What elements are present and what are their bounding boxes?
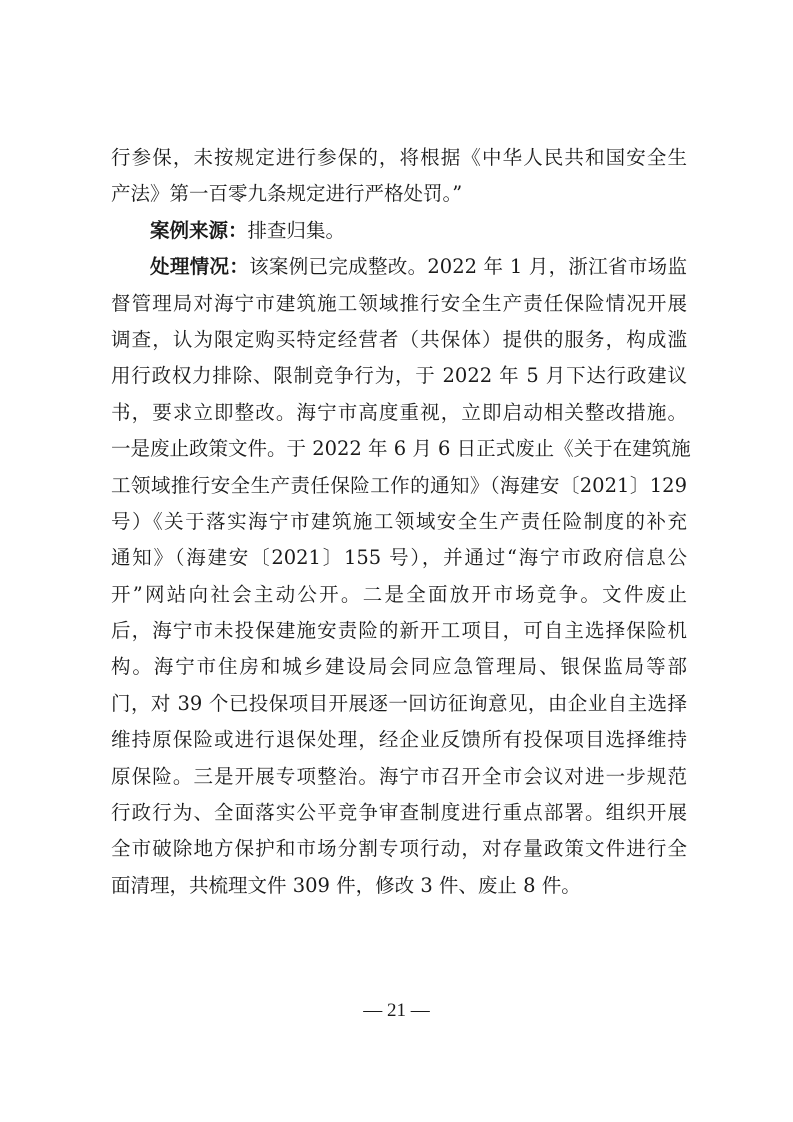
paragraph-line: 后，海宁市未投保建施安责险的新开工项目，可自主选择保险机	[111, 613, 687, 649]
paragraph-line: 门，对 39 个已投保项目开展逐一回访征询意见，由企业自主选择	[111, 686, 687, 722]
paragraph-line: 行政行为、全面落实公平竞争审查制度进行重点部署。组织开展	[111, 795, 687, 831]
paragraph-line: 产法》第一百零九条规定进行严格处罚。”	[111, 176, 687, 212]
case-source-value: 排查归集。	[248, 219, 346, 242]
paragraph-line: 用行政权力排除、限制竞争行为，于 2022 年 5 月下达行政建议	[111, 358, 687, 394]
handling-first-line: 处理情况：该案例已完成整改。2022 年 1 月，浙江省市场监	[111, 249, 687, 285]
paragraph-line: 面清理，共梳理文件 309 件，修改 3 件、废止 8 件。	[111, 868, 687, 904]
handling-text: 该案例已完成整改。2022 年 1 月，浙江省市场监	[249, 255, 687, 278]
paragraph-line: 书，要求立即整改。海宁市高度重视，立即启动相关整改措施。	[111, 395, 687, 431]
paragraph-line: 调查，认为限定购买特定经营者（共保体）提供的服务，构成滥	[111, 322, 687, 358]
paragraph-line: 原保险。三是开展专项整治。海宁市召开全市会议对进一步规范	[111, 759, 687, 795]
paragraph-line: 维持原保险或进行退保处理，经企业反馈所有投保项目选择维持	[111, 722, 687, 758]
paragraph-line: 全市破除地方保护和市场分割专项行动，对存量政策文件进行全	[111, 831, 687, 867]
case-source-label: 案例来源：	[150, 219, 248, 242]
paragraph-line: 督管理局对海宁市建筑施工领域推行安全生产责任保险情况开展	[111, 286, 687, 322]
handling-label: 处理情况：	[150, 255, 249, 278]
paragraph-line: 通知》（海建安〔2021〕155 号），并通过“海宁市政府信息公	[111, 540, 687, 576]
paragraph-line: 行参保，未按规定进行参保的，将根据《中华人民共和国安全生	[111, 140, 687, 176]
paragraph-line: 一是废止政策文件。于 2022 年 6 月 6 日正式废止《关于在建筑施	[111, 431, 687, 467]
page-number: — 21 —	[0, 996, 793, 1026]
paragraph-line: 构。海宁市住房和城乡建设局会同应急管理局、银保监局等部	[111, 649, 687, 685]
paragraph-line: 号）《关于落实海宁市建筑施工领域安全生产责任险制度的补充	[111, 504, 687, 540]
case-source-paragraph: 案例来源：排查归集。	[111, 213, 687, 249]
paragraph-line: 工领域推行安全生产责任保险工作的通知》（海建安〔2021〕129	[111, 468, 687, 504]
document-body: 行参保，未按规定进行参保的，将根据《中华人民共和国安全生 产法》第一百零九条规定…	[111, 140, 687, 904]
paragraph-line: 开”网站向社会主动公开。二是全面放开市场竞争。文件废止	[111, 577, 687, 613]
